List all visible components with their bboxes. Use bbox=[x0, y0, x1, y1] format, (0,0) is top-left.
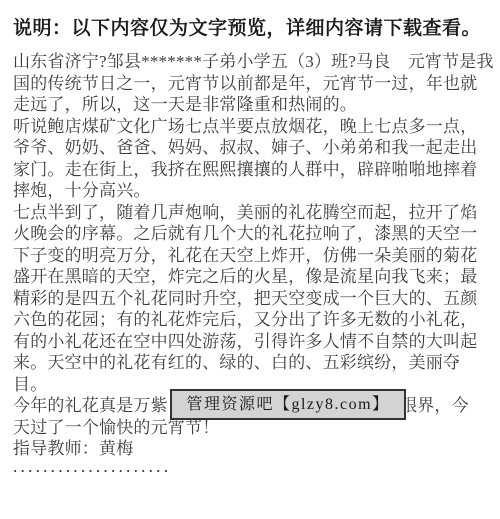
essay-line: 七点半到了，随着几声炮响，美丽的礼花腾空而起，拉开了焰 bbox=[13, 202, 493, 224]
essay-line: 火晚会的序幕。之后就有几个大的礼花拉响了，漆黑的天空一 bbox=[13, 223, 493, 245]
essay-line: 走远了，所以，这一天是非常隆重和热闹的。 bbox=[13, 94, 493, 116]
essay-line: 国的传统节日之一，元宵节以前都是年，元宵节一过，年也就 bbox=[13, 73, 493, 95]
essay-line: 指导教师：黄梅 bbox=[13, 438, 493, 460]
essay-line: 下子变的明亮万分，礼花在天空上炸开，仿佛一朵美丽的菊花 bbox=[13, 245, 493, 267]
essay-line: 盛开在黑暗的天空，炸完之后的火星，像是流星向我飞来；最 bbox=[13, 266, 493, 288]
essay-line-watermarked: 今年的礼花真是万紫 眼界，今 管理资源吧【glzy8.com】 bbox=[13, 395, 493, 417]
essay-line: 摔炮，十分高兴。 bbox=[13, 180, 493, 202]
essay-body: 山东省济宁?邹县*******子弟小学五（3）班?马良 元宵节是我 国的传统节日… bbox=[13, 51, 493, 477]
dots-row: ····················· bbox=[13, 465, 493, 477]
essay-line: 来。天空中的礼花有红的、绿的、白的、五彩缤纷，美丽夺 bbox=[13, 352, 493, 374]
watermark-box: 管理资源吧【glzy8.com】 bbox=[170, 389, 406, 420]
essay-line: 爷爷、奶奶、爸爸、妈妈、叔叔、婶子、小弟弟和我一起走出 bbox=[13, 137, 493, 159]
essay-line: 家门。走在街上，我挤在熙熙攘攘的人群中，辟辟啪啪地摔着 bbox=[13, 159, 493, 181]
watermark-label: 管理资源吧【glzy8.com】 bbox=[186, 394, 389, 416]
preview-notice: 说明：以下内容仅为文字预览，详细内容请下载查看。 bbox=[13, 13, 481, 40]
covered-line-prefix: 今年的礼花真是万紫 bbox=[13, 396, 168, 415]
essay-line: 六色的花园；有的礼花炸完后，又分出了许多无数的小礼花， bbox=[13, 309, 493, 331]
preview-page: 说明：以下内容仅为文字预览，详细内容请下载查看。 山东省济宁?邹县*******… bbox=[0, 0, 500, 519]
essay-line: 有的小礼花还在空中四处游荡，引得许多人情不自禁的大叫起 bbox=[13, 331, 493, 353]
essay-line: 听说鲍店煤矿文化广场七点半要点放烟花，晚上七点多一点， bbox=[13, 116, 493, 138]
essay-line: 山东省济宁?邹县*******子弟小学五（3）班?马良 元宵节是我 bbox=[13, 51, 493, 73]
essay-line: 精彩的是四五个礼花同时升空，把天空变成一个巨大的、五颜 bbox=[13, 288, 493, 310]
covered-line-suffix: 眼界，今 bbox=[400, 395, 469, 417]
